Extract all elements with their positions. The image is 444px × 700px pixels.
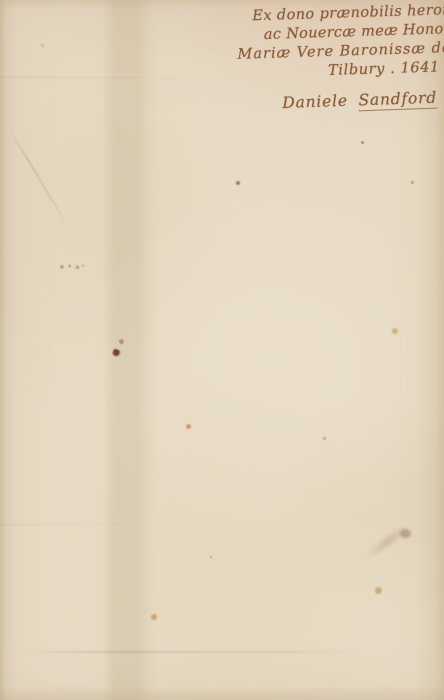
paper-crease [0,524,150,525]
paper-crease [20,651,360,653]
paper-speck [361,141,364,144]
signature-given-name: Daniele [282,92,348,112]
paper-crease [8,128,69,228]
inscription-line-4: Tilbury . 1641 [328,59,440,79]
book-flyleaf-page: Ex dono prænobilis heroinæ ac Nouercæ me… [0,0,444,700]
ink-blot [119,338,124,345]
paper-speck [323,437,326,440]
foxing-spot [151,614,157,620]
faint-marks [58,262,84,271]
paper-speck [41,44,44,47]
signature-family-name: Sandford [358,89,437,112]
foxing-spot [375,587,382,594]
paper-stain [400,529,411,538]
inscription-line-1: Ex dono prænobilis heroinæ [252,1,444,24]
paper-crease [0,77,190,78]
owner-signature: Daniele Sandford . [282,88,444,112]
ink-blot [111,348,122,359]
paper-speck [411,181,414,184]
paper-speck [236,181,240,185]
foxing-spot [392,328,398,334]
ownership-inscription: Ex dono prænobilis heroinæ ac Nouercæ me… [230,0,444,92]
paper-speck [210,556,212,558]
paper-stain [358,516,418,566]
foxing-spot [186,424,191,429]
